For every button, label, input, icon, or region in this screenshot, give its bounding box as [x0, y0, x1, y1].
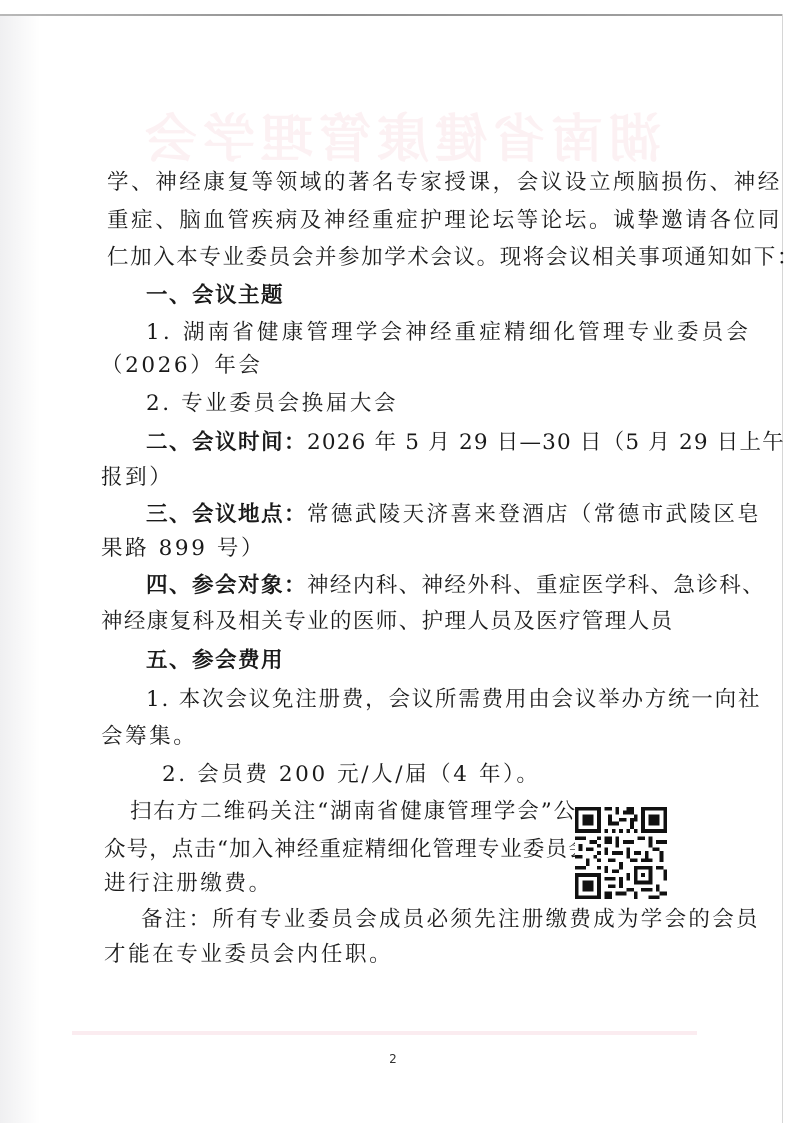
section-heading-theme: 一、会议主题: [146, 281, 284, 311]
intro-line: 仁加入本专业委员会并参加学术会议。现将会议相关事项通知如下：: [107, 243, 795, 273]
registration-line: 众号，点击“加入神经重症精细化管理专业委员会”: [104, 835, 603, 865]
section-participants: 四、参会对象：神经内科、神经外科、重症医学科、急诊科、: [146, 571, 765, 601]
scan-shadow: [0, 16, 40, 1123]
faint-header-stamp: 湖南省健康管理学会: [100, 110, 700, 170]
registration-line: 进行注册缴费。: [104, 869, 273, 899]
intro-line: 学、神经康复等领域的著名专家授课，会议设立颅脑损伤、神经: [107, 168, 782, 198]
section-time: 二、会议时间：2026 年 5 月 29 日—30 日（5 月 29 日上午: [146, 428, 785, 458]
section-heading-location: 三、会议地点：: [146, 502, 307, 527]
theme-item-2: 2. 专业委员会换届大会: [146, 389, 398, 419]
theme-item-1-cont: （2026）年会: [101, 351, 263, 381]
registration-line: 扫右方二维码关注“湖南省健康管理学会”公: [130, 797, 577, 827]
fees-item-1: 1. 本次会议免注册费，会议所需费用由会议举办方统一向社: [146, 685, 761, 715]
theme-item-1: 1. 湖南省健康管理学会神经重症精细化管理专业委员会: [146, 318, 751, 348]
section-heading-time: 二、会议时间：: [146, 430, 307, 455]
scan-edge-right: [782, 14, 783, 1123]
section-location: 三、会议地点：常德武陵天济喜来登酒店（常德市武陵区皂: [146, 500, 761, 530]
participants-value-cont: 神经康复科及相关专业的医师、护理人员及医疗管理人员: [101, 607, 674, 637]
faint-footer-rule: [72, 1031, 697, 1035]
fees-item-1-cont: 会筹集。: [101, 722, 197, 752]
scan-edge-top: [0, 14, 782, 16]
participants-value: 神经内科、神经外科、重症医学科、急诊科、: [307, 573, 765, 598]
section-heading-participants: 四、参会对象：: [146, 573, 307, 598]
location-value-cont: 果路 899 号）: [101, 534, 265, 564]
note-line: 备注：所有专业委员会成员必须先注册缴费成为学会的会员: [141, 905, 760, 935]
time-value-cont: 报到）: [101, 463, 173, 493]
intro-line: 重症、脑血管疾病及神经重症护理论坛等论坛。诚挚邀请各位同: [107, 206, 782, 236]
location-value: 常德武陵天济喜来登酒店（常德市武陵区皂: [307, 502, 761, 527]
page-number: 2: [385, 1052, 401, 1066]
time-value: 2026 年 5 月 29 日—30 日（5 月 29 日上午: [307, 430, 785, 455]
note-line: 才能在专业委员会内任职。: [104, 940, 393, 970]
section-heading-fees: 五、参会费用: [146, 646, 284, 676]
qr-code[interactable]: [575, 807, 667, 899]
fees-item-2: 2. 会员费 200 元/人/届（4 年）。: [162, 760, 541, 790]
